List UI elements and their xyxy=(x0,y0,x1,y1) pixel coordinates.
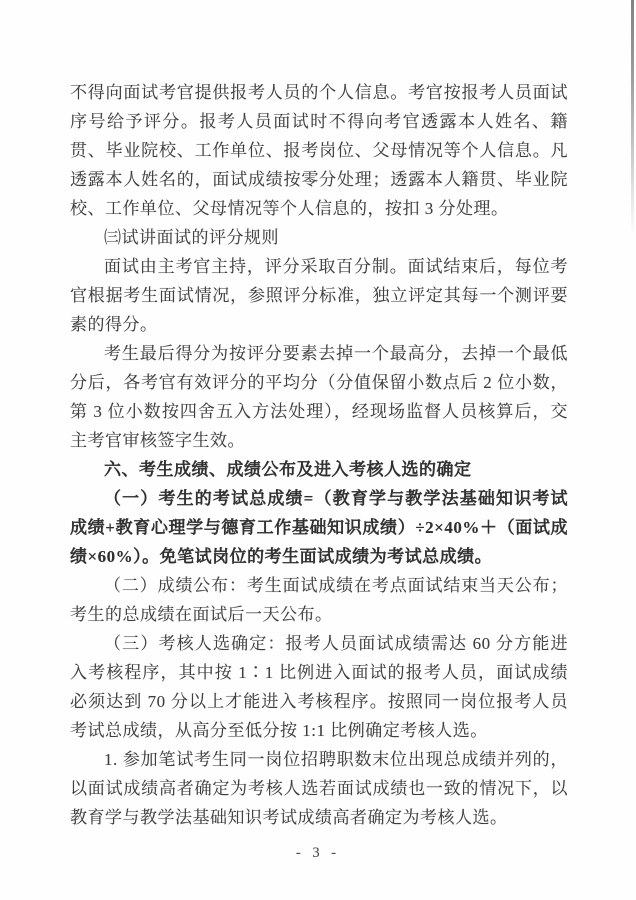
paragraph: 六、考生成绩、成绩公布及进入考核人选的确定 xyxy=(70,455,568,484)
paragraph: （二）成绩公布：考生面试成绩在考点面试结束当天公布；考生的总成绩在面试后一天公布… xyxy=(70,571,568,629)
paragraph: ㈢试讲面试的评分规则 xyxy=(70,223,568,252)
document-body: 不得向面试考官提供报考人员的个人信息。考官按报考人员面试序号给予评分。报考人员面… xyxy=(70,78,568,832)
paragraph: 1. 参加笔试考生同一岗位招聘职数末位出现总成绩并列的，以面试成绩高者确定为考核… xyxy=(70,745,568,832)
paragraph: 考生最后得分为按评分要素去掉一个最高分，去掉一个最低分后，各考官有效评分的平均分… xyxy=(70,339,568,455)
scan-edge-artifact xyxy=(631,0,634,235)
scanned-document-page: 不得向面试考官提供报考人员的个人信息。考官按报考人员面试序号给予评分。报考人员面… xyxy=(0,0,636,900)
paragraph: 面试由主考官主持，评分采取百分制。面试结束后，每位考官根据考生面试情况，参照评分… xyxy=(70,252,568,339)
paragraph: （三）考核人选确定：报考人员面试成绩需达 60 分方能进入考核程序，其中按 1∶… xyxy=(70,629,568,745)
page-number: - 3 - xyxy=(0,845,636,862)
paragraph: 不得向面试考官提供报考人员的个人信息。考官按报考人员面试序号给予评分。报考人员面… xyxy=(70,78,568,223)
paragraph: （一）考生的考试总成绩=（教育学与教学法基础知识考试成绩+教育心理学与德育工作基… xyxy=(70,484,568,571)
